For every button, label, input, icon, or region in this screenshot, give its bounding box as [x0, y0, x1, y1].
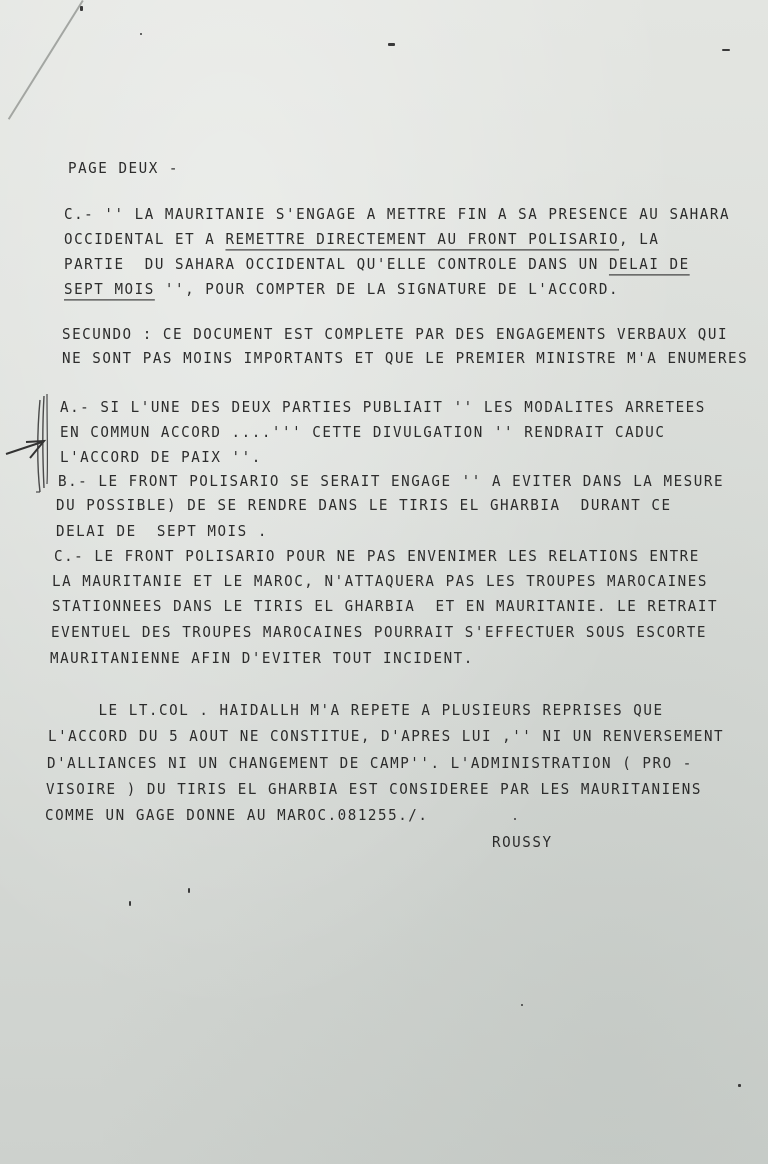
- text-line: D'ALLIANCES NI UN CHANGEMENT DE CAMP''. …: [47, 755, 693, 772]
- text-line: DU POSSIBLE) DE SE RENDRE DANS LE TIRIS …: [56, 497, 672, 514]
- ink-speck: [188, 888, 190, 893]
- ink-speck: [521, 1004, 523, 1006]
- text-line: EN COMMUN ACCORD ....''' CETTE DIVULGATI…: [60, 424, 666, 441]
- text-line: LA MAURITANIE ET LE MAROC, N'ATTAQUERA P…: [52, 573, 708, 590]
- underlined-phrase: REMETTRE DIRECTEMENT AU FRONT POLISARIO: [225, 231, 619, 248]
- text-line: A.- SI L'UNE DES DEUX PARTIES PUBLIAIT '…: [60, 399, 706, 416]
- ink-speck: [722, 49, 730, 51]
- underlined-phrase: SEPT MOIS: [64, 281, 155, 298]
- ink-speck: [80, 6, 83, 11]
- text-line: OCCIDENTAL ET A REMETTRE DIRECTEMENT AU …: [64, 231, 659, 248]
- handwritten-arrow-icon: [0, 392, 60, 502]
- text-line: B.- LE FRONT POLISARIO SE SERAIT ENGAGE …: [58, 473, 724, 490]
- ink-speck: [129, 901, 131, 906]
- text-line: MAURITANIENNE AFIN D'EVITER TOUT INCIDEN…: [50, 650, 474, 667]
- ink-speck: [738, 1084, 741, 1087]
- text-line: EVENTUEL DES TROUPES MAROCAINES POURRAIT…: [51, 624, 707, 641]
- ink-speck: [388, 43, 395, 46]
- underlined-phrase: DELAI DE: [609, 256, 690, 273]
- text-line: L'ACCORD DE PAIX ''.: [60, 449, 262, 466]
- ink-speck: [514, 818, 516, 820]
- ink-speck: [140, 33, 142, 35]
- text-line: COMME UN GAGE DONNE AU MAROC.081255./.: [45, 807, 428, 824]
- text-line: NE SONT PAS MOINS IMPORTANTS ET QUE LE P…: [62, 350, 748, 367]
- text-line: C.- '' LA MAURITANIE S'ENGAGE A METTRE F…: [64, 206, 730, 223]
- text-line: VISOIRE ) DU TIRIS EL GHARBIA EST CONSID…: [46, 781, 702, 798]
- page-heading: PAGE DEUX -: [68, 160, 179, 177]
- text-line: STATIONNEES DANS LE TIRIS EL GHARBIA ET …: [52, 598, 718, 615]
- text-line: PARTIE DU SAHARA OCCIDENTAL QU'ELLE CONT…: [64, 256, 690, 273]
- text-line: C.- LE FRONT POLISARIO POUR NE PAS ENVEN…: [54, 548, 700, 565]
- text-line: SEPT MOIS '', POUR COMPTER DE LA SIGNATU…: [64, 281, 619, 298]
- text-line: SECUNDO : CE DOCUMENT EST COMPLETE PAR D…: [62, 326, 728, 343]
- text-line: DELAI DE SEPT MOIS .: [56, 523, 268, 540]
- signature: ROUSSY: [492, 834, 553, 851]
- text-line: LE LT.COL . HAIDALLH M'A REPETE A PLUSIE…: [48, 702, 664, 719]
- text-line: L'ACCORD DU 5 AOUT NE CONSTITUE, D'APRES…: [48, 728, 724, 745]
